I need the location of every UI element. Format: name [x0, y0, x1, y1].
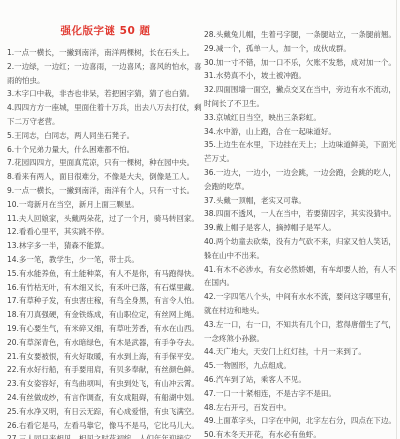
- riddle-item: 30.加一寸不错，加一口不乐，欠账不发愁，成对加一个。: [204, 56, 400, 70]
- riddle-item: 20.有草深青色，有水暗绿色，有木是武器，有手争夺去。: [7, 336, 204, 350]
- riddle-item: 9.一点一横长，一撇到南洋，南洋有个人，只有一寸长。: [7, 184, 204, 198]
- riddle-item: 16.有竹枯无叶，有木细又长，有禾叶已落，有石煤里藏。: [7, 281, 204, 295]
- riddle-item: 23.有女姿容好，有鸟曲项叫，有虫到处飞，有山冲云霄。: [7, 377, 204, 391]
- riddle-item: 31.水势真不小，坡土被冲跑。: [204, 69, 400, 83]
- riddle-item: 32.四面围墙一面空，撇点交叉在当中，旁边有水不流动，时间长了不卫生。: [204, 83, 400, 111]
- document-page: 强化版字谜 50 题 1.一点一横长，一撇到南洋，南洋两棵树，长在石头上。 2.…: [0, 0, 400, 439]
- riddle-item: 24.有丝做成纱，有言作调查，有女成阻碍，有船湖中划。: [7, 391, 204, 405]
- riddle-item: 37.头戴一顶帽，老实又可靠。: [204, 194, 400, 208]
- riddle-item: 34.水中游，山上跑，合在一起味道好。: [204, 125, 400, 139]
- riddle-item: 4.四四方方一座城，里面住着十万兵，出去八万去打仗，剩下二万守老营。: [7, 101, 204, 129]
- riddle-item: 40.两个幼童去砍柴，没有力气砍不来，归家又怕人笑话，躲在山中不出来。: [204, 235, 400, 263]
- riddle-item: 41.有木不必涉水，有女必然娇媚，有车却要人抬，有人不在国内。: [204, 263, 400, 291]
- photo-edge-line: [396, 0, 397, 439]
- left-column: 强化版字谜 50 题 1.一点一横长，一撇到南洋，南洋两棵树，长在石头上。 2.…: [7, 24, 204, 439]
- riddle-item: 29.减一个，孤单一人，加一个，成伙成群。: [204, 42, 400, 56]
- riddle-item: 45.一物圆形，九点组成。: [204, 359, 400, 373]
- riddle-item: 1.一点一横长，一撇到南洋，南洋两棵树，长在石头上。: [7, 46, 204, 60]
- riddle-item: 8.看来有两人，面目很难分，不像是大夫，倒像是工人。: [7, 170, 204, 184]
- riddle-item: 43.左一口，右一口，不知共有几个口，惹得唐僧生了气，一念疼煞小孙猴。: [204, 318, 400, 346]
- riddle-item: 7.花园四四方，里面真荒凉，只有一棵树，种在园中央。: [7, 156, 204, 170]
- riddle-item: 6.十个兄弟力量大，什么困难都不怕。: [7, 143, 204, 157]
- riddle-item: 28.头戴兔儿帽，生着弓字腿，一条腿站立，一条腿前翘。: [204, 28, 400, 42]
- right-column: 28.头戴兔儿帽，生着弓字腿，一条腿站立，一条腿前翘。 29.减一个，孤单一人，…: [204, 28, 400, 439]
- riddle-item: 26.右看它是马，左看马靠它，像马不是马，它比马儿大。: [7, 419, 204, 433]
- riddle-item: 17.有草种子发，有虫害庄稼，有鸟全身黑，有言令人怕。: [7, 294, 204, 308]
- riddle-item: 11.夫人回娘家，头戴两朵花，过了一个月，骑马转回家。: [7, 212, 204, 226]
- riddle-item: 22.有水好行船，有手要用肩，有贝多奉献，有丝颜色鲜。: [7, 363, 204, 377]
- riddle-item: 13.林字多一半，猜森不能算。: [7, 239, 204, 253]
- riddle-item: 27.三人同日来相见，相见之时花初绽，人们年年迎接它。: [7, 432, 204, 439]
- riddle-item: 49.上面革字头，口字在中间，北字左右分，四点在下边。: [204, 414, 400, 428]
- riddle-item: 21.有女要被恨，有火好取暖，有水到上海，有手保平安。: [7, 350, 204, 364]
- riddle-item: 18.有刀真强硬，有金铁炼成，有山职位定，有丝网上绳。: [7, 308, 204, 322]
- riddle-item: 12.看看心里平，其实跳不停。: [7, 225, 204, 239]
- riddle-item: 2.一边绿，一边红；一边喜雨，一边喜风；喜风的怕水，喜雨的怕虫。: [7, 60, 204, 88]
- riddle-item: 19.有心要生气，有米碎又细，有草吐芳香，有水在山西。: [7, 322, 204, 336]
- riddle-item: 50.有木冬天开花，有水必有鱼虾。: [204, 428, 400, 439]
- riddle-item: 48.左右开弓，百发百中。: [204, 401, 400, 415]
- riddle-item: 25.有水净又明，有日云无踪，有心成爱惜，有虫飞满空。: [7, 405, 204, 419]
- riddle-item: 33.京城红日当空，映出三条彩虹。: [204, 111, 400, 125]
- riddle-item: 10.一弯新月在当空，新月上面三颗星。: [7, 198, 204, 212]
- riddle-item: 44.天广地大，天安门上红灯挂，十月一来到了。: [204, 345, 400, 359]
- riddle-item: 5.王同志，白同志，两人同坐石凳子。: [7, 129, 204, 143]
- riddle-item: 36.一边大，一边小，一边会跳，一边会跑，会跳的吃人，会跑的吃草。: [204, 166, 400, 194]
- riddle-item: 15.有水能养鱼，有土能种菜，有人不是你，有马跑得快。: [7, 267, 204, 281]
- riddle-item: 39.戴上帽子是客人，摘掉帽子是军人。: [204, 221, 400, 235]
- riddle-item: 35.上边生在水里，下边挂在天上；上边味道鲜美，下面光芒万丈。: [204, 138, 400, 166]
- page-title: 强化版字谜 50 题: [7, 24, 204, 39]
- riddle-item: 47.一口一十紧相连，不是古字不是田。: [204, 387, 400, 401]
- riddle-item: 3.木字口中栽，非杏也非呆，若把困字猜，猜了也白猜。: [7, 87, 204, 101]
- riddle-item: 14.多一笔，教学生，少一笔，带士兵。: [7, 253, 204, 267]
- riddle-item: 38.四面不透风，一人在当中，若要猜囚字，其实没猜中。: [204, 207, 400, 221]
- riddle-item: 42.一字四笔八个头，中间有水水不流，要问这字哪里有，就在村边和地头。: [204, 290, 400, 318]
- riddle-item: 46.汽车到了站，乘客人不见。: [204, 373, 400, 387]
